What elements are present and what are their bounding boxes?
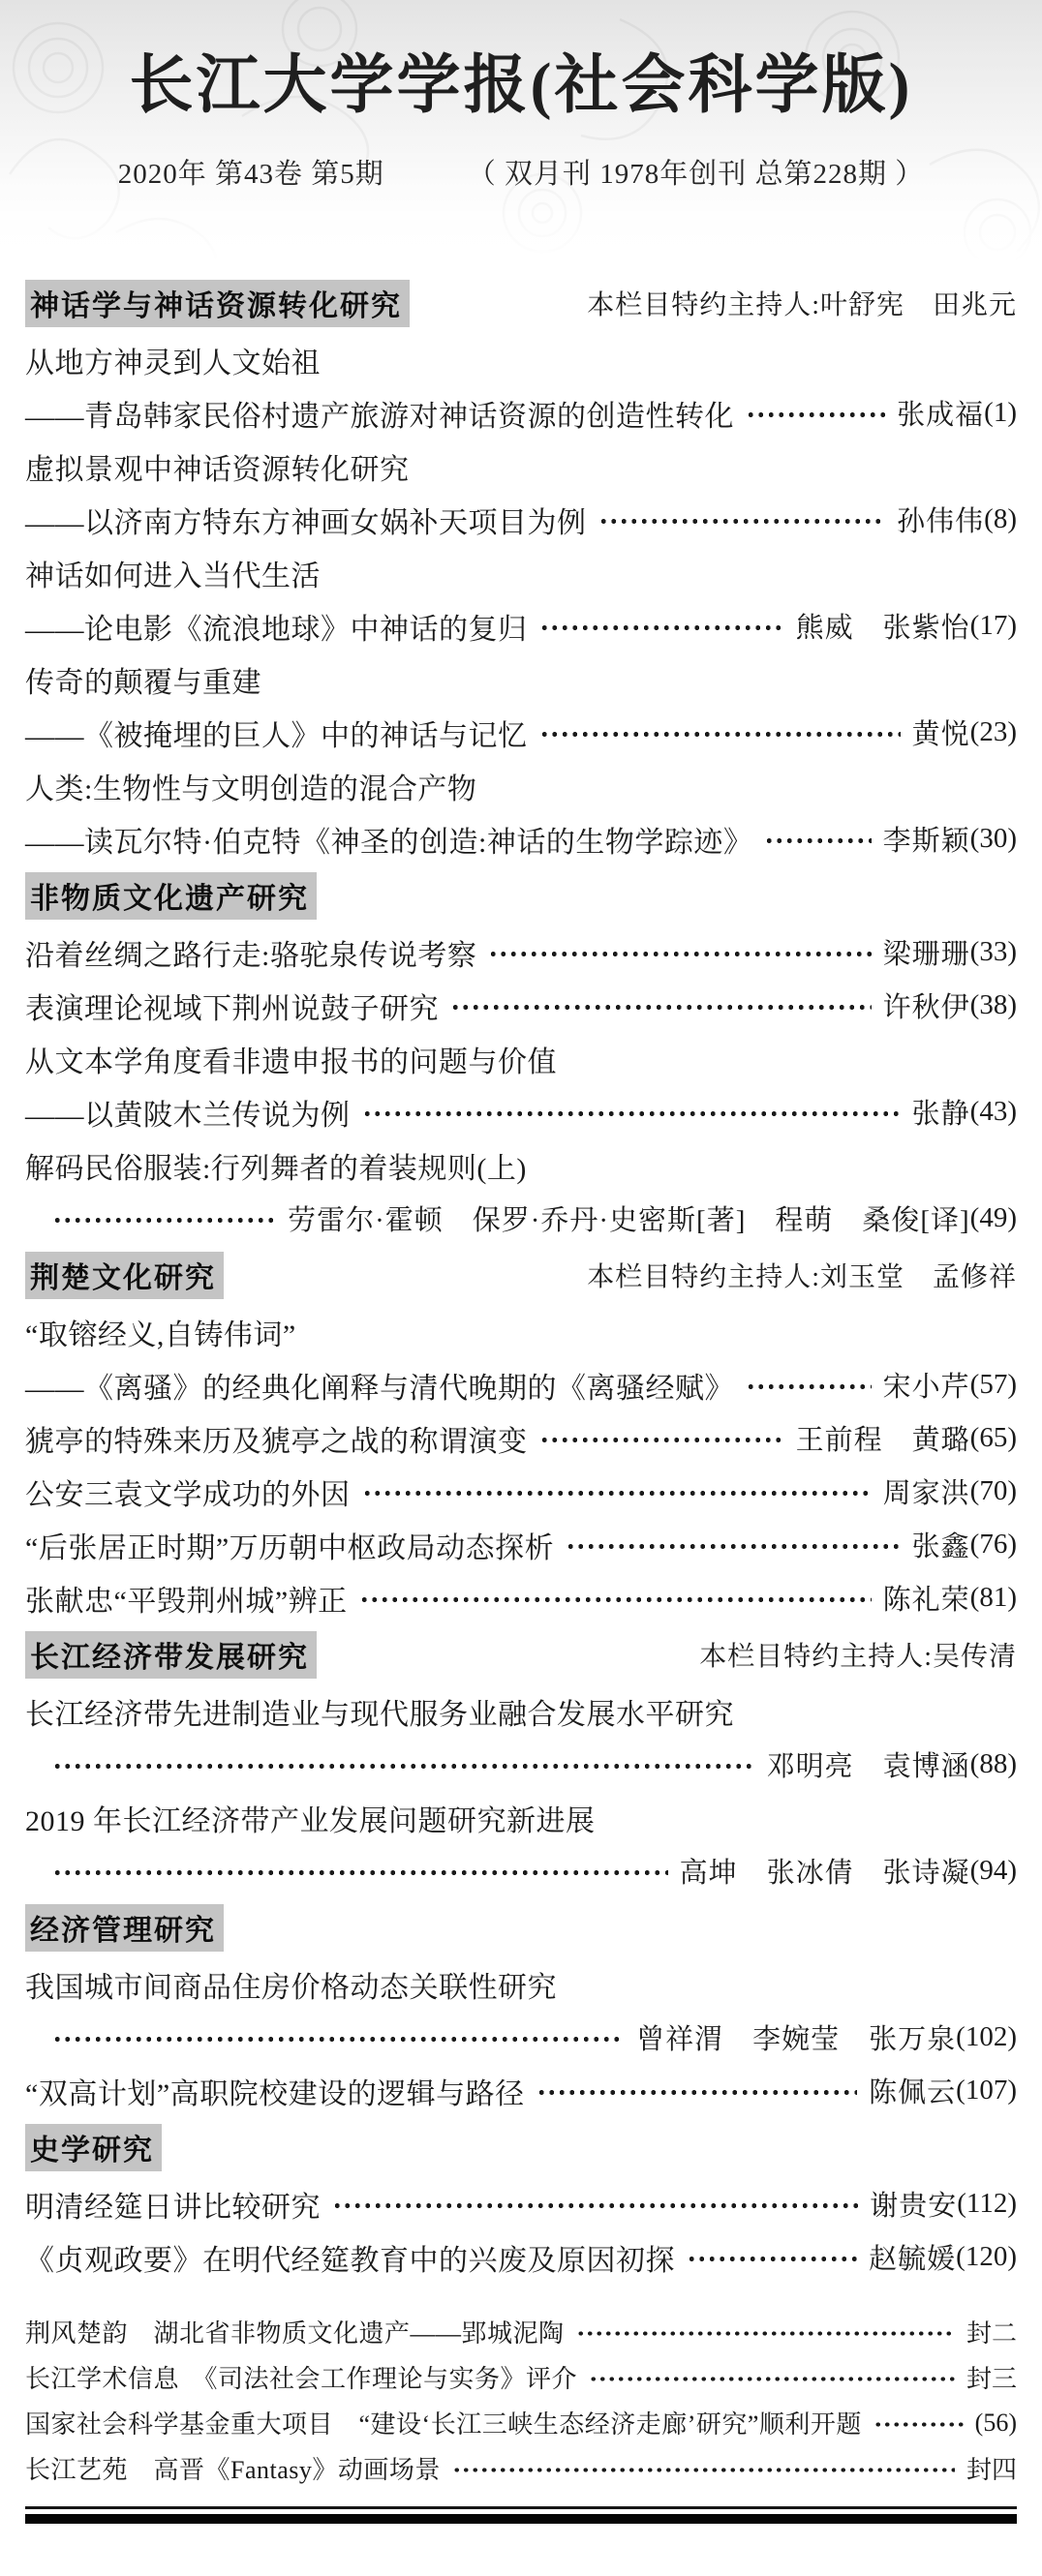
entry-authors: 梁珊珊 [883,932,970,972]
entry-line: ——论电影《流浪地球》中神话的复归熊威 张紫怡(17) [25,599,1017,652]
entry-line: 长江经济带先进制造业与现代服务业融合发展水平研究 [25,1684,1017,1738]
entry-title: “双高计划”高职院校建设的逻辑与路径 [25,2070,525,2112]
entry-line: ——以黄陂木兰传说为例张静(43) [25,1085,1017,1138]
entry-line: 表演理论视域下荆州说鼓子研究许秋伊(38) [25,979,1017,1032]
entry-line: “双高计划”高职院校建设的逻辑与路径陈佩云(107) [25,2064,1017,2117]
section-host: 本栏目特约主持人:叶舒宪 田兆元 [587,284,1017,322]
entry-title: 沿着丝绸之路行走:骆驼泉传说考察 [25,931,476,974]
entry-page: (56) [975,2409,1017,2438]
dot-leader [359,1596,872,1603]
entry-page: (1) [984,397,1017,429]
entry-title: ——读瓦尔特·伯克特《神圣的创造:神话的生物学踪迹》 [25,818,752,861]
entry-line: 从文本学角度看非遗申报书的问题与价值 [25,1032,1017,1085]
dot-leader [746,1383,872,1390]
footer-item-title: 国家社会科学基金重大项目 “建设‘长江三峡生态经济走廊’研究”顺利开题 [25,2405,862,2440]
toc-entry: 张献忠“平毁荆州城”辨正陈礼荣(81) [25,1571,1017,1624]
entry-title: 传奇的颠覆与重建 [25,658,261,701]
section-title: 非物质文化遗产研究 [25,872,317,920]
toc-entry: 解码民俗服装:行列舞者的着装规则(上)劳雷尔·霍顿 保罗·乔丹·史密斯[著] 程… [25,1138,1017,1245]
entry-title: 张献忠“平毁荆州城”辨正 [25,1577,348,1620]
entry-page: (8) [984,503,1017,535]
entry-line: 邓明亮 袁博涵(88) [25,1738,1017,1791]
toc-entry: “双高计划”高职院校建设的逻辑与路径陈佩云(107) [25,2064,1017,2117]
footer-item: 长江学术信息 《司法社会工作理论与实务》评介封三 [25,2354,1017,2400]
dot-leader [52,1763,755,1770]
section-header-row: 长江经济带发展研究本栏目特约主持人:吴传清 [25,1624,1017,1684]
entry-title: ——《离骚》的经典化阐释与清代晚期的《离骚经赋》 [25,1364,734,1407]
entry-line: 传奇的颠覆与重建 [25,652,1017,706]
entry-title: “后张居正时期”万历朝中枢政局动态探析 [25,1524,554,1566]
entry-authors: 熊威 张紫怡 [796,606,970,646]
dot-leader [52,1217,276,1224]
entry-line: 沿着丝绸之路行走:骆驼泉传说考察梁珊珊(33) [25,925,1017,979]
entry-title: ——以济南方特东方神画女娲补天项目为例 [25,499,587,541]
entry-authors: 周家洪 [883,1471,970,1511]
entry-page: (23) [970,716,1017,748]
toc-entry: 表演理论视域下荆州说鼓子研究许秋伊(38) [25,979,1017,1032]
masthead: 长江大学学报(社会科学版) 2020年 第43卷 第5期 （ 双月刊 1978年… [0,0,1042,273]
section-header-row: 神话学与神话资源转化研究本栏目特约主持人:叶舒宪 田兆元 [25,273,1017,333]
entry-page: (70) [970,1475,1017,1507]
toc-section: 非物质文化遗产研究沿着丝绸之路行走:骆驼泉传说考察梁珊珊(33)表演理论视域下荆… [25,865,1017,1245]
footer-item: 国家社会科学基金重大项目 “建设‘长江三峡生态经济走廊’研究”顺利开题(56) [25,2400,1017,2445]
entry-title: 虚拟景观中神话资源转化研究 [25,445,410,488]
entry-title: 猇亭的特殊来历及猇亭之战的称谓演变 [25,1417,528,1460]
publication-info: （ 双月刊 1978年创刊 总第228期 ） [468,152,925,192]
entry-authors: 李斯颖 [883,819,970,859]
entry-title: 表演理论视域下荆州说鼓子研究 [25,985,439,1027]
entry-title: 解码民俗服装:行列舞者的着装规则(上) [25,1144,527,1187]
dot-leader [598,518,886,525]
dot-leader [452,2467,955,2473]
entry-authors: 王前程 黄璐 [796,1418,970,1458]
entry-page: 封二 [966,2314,1017,2349]
entry-line: 曾祥渭 李婉莹 张万泉(102) [25,2011,1017,2064]
entry-page: (57) [970,1369,1017,1401]
dot-leader [332,2202,858,2209]
toc-entry: 我国城市间商品住房价格动态关联性研究曾祥渭 李婉莹 张万泉(102) [25,1957,1017,2064]
entry-title: 神话如何进入当代生活 [25,552,321,594]
entry-page: (112) [957,2188,1017,2220]
toc-entry: 从文本学角度看非遗申报书的问题与价值——以黄陂木兰传说为例张静(43) [25,1032,1017,1138]
entry-title: ——论电影《流浪地球》中神话的复归 [25,605,528,648]
toc-entry: 明清经筵日讲比较研究谢贵安(112) [25,2177,1017,2230]
toc-entry: 2019 年长江经济带产业发展问题研究新进展高坤 张冰倩 张诗凝(94) [25,1791,1017,1897]
section-title: 长江经济带发展研究 [25,1631,317,1679]
dot-leader [536,2089,858,2096]
entry-title: 从地方神灵到人文始祖 [25,339,321,381]
dot-leader [52,1869,668,1876]
entry-line: “后张居正时期”万历朝中枢政局动态探析张鑫(76) [25,1518,1017,1571]
entry-page: (88) [970,1748,1017,1780]
dot-leader [539,624,784,631]
toc-section: 长江经济带发展研究本栏目特约主持人:吴传清长江经济带先进制造业与现代服务业融合发… [25,1624,1017,1897]
entry-title: ——《被掩埋的巨人》中的神话与记忆 [25,712,528,754]
entry-title: 明清经筵日讲比较研究 [25,2183,321,2226]
section-title: 荆楚文化研究 [25,1252,224,1299]
entry-line: 猇亭的特殊来历及猇亭之战的称谓演变王前程 黄璐(65) [25,1411,1017,1465]
section-title: 经济管理研究 [25,1904,224,1952]
entry-page: (30) [970,823,1017,855]
toc-entry: 长江经济带先进制造业与现代服务业融合发展水平研究邓明亮 袁博涵(88) [25,1684,1017,1791]
entry-title: “取镕经义,自铸伟词” [25,1311,296,1353]
bottom-rule-thin [25,2506,1017,2509]
entry-page: 封三 [966,2359,1017,2395]
dot-leader [566,1543,901,1550]
entry-line: ——读瓦尔特·伯克特《神圣的创造:神话的生物学踪迹》李斯颖(30) [25,812,1017,865]
entry-line: 我国城市间商品住房价格动态关联性研究 [25,1957,1017,2011]
entry-authors: 邓明亮 袁博涵 [767,1744,970,1784]
dot-leader [52,2036,625,2043]
entry-line: 虚拟景观中神话资源转化研究 [25,439,1017,493]
toc-entry: “后张居正时期”万历朝中枢政局动态探析张鑫(76) [25,1518,1017,1571]
entry-line: “取镕经义,自铸伟词” [25,1305,1017,1358]
journal-title: 长江大学学报(社会科学版) [0,33,1042,125]
toc-entry: 沿着丝绸之路行走:骆驼泉传说考察梁珊珊(33) [25,925,1017,979]
section-header-row: 非物质文化遗产研究 [25,865,1017,925]
dot-leader [539,731,901,738]
dot-leader [450,1004,872,1011]
entry-title: 《贞观政要》在明代经筵教育中的兴废及原因初探 [25,2236,675,2279]
entry-page: (102) [956,2021,1017,2053]
entry-line: ——《被掩埋的巨人》中的神话与记忆黄悦(23) [25,706,1017,759]
toc-entry: 从地方神灵到人文始祖——青岛韩家民俗村遗产旅游对神话资源的创造性转化张成福(1) [25,333,1017,439]
dot-leader [539,1437,784,1443]
entry-authors: 张静 [912,1092,970,1132]
entry-line: 解码民俗服装:行列舞者的着装规则(上) [25,1138,1017,1192]
footer-item-title: 长江艺苑 高晋《Fantasy》动画场景 [25,2450,441,2486]
toc-entry: 传奇的颠覆与重建——《被掩埋的巨人》中的神话与记忆黄悦(23) [25,652,1017,759]
dot-leader [362,1490,872,1497]
entry-authors: 陈佩云 [869,2071,956,2110]
entry-authors: 张鑫 [912,1525,970,1564]
dot-leader [589,2376,955,2382]
entry-authors: 赵毓媛 [869,2237,956,2277]
toc-section: 荆楚文化研究本栏目特约主持人:刘玉堂 孟修祥“取镕经义,自铸伟词”——《离骚》的… [25,1245,1017,1624]
dot-leader [746,411,885,418]
footer-item: 荆风楚韵 湖北省非物质文化遗产——郢城泥陶封二 [25,2309,1017,2354]
section-header-row: 经济管理研究 [25,1897,1017,1957]
entry-line: 高坤 张冰倩 张诗凝(94) [25,1844,1017,1897]
toc-section: 史学研究明清经筵日讲比较研究谢贵安(112)《贞观政要》在明代经筵教育中的兴废及… [25,2117,1017,2284]
dot-leader [687,2256,857,2262]
entry-authors: 劳雷尔·霍顿 保罗·乔丹·史密斯[著] 程萌 桑俊[译] [288,1198,970,1238]
toc-list: 神话学与神话资源转化研究本栏目特约主持人:叶舒宪 田兆元从地方神灵到人文始祖——… [25,273,1017,2284]
bottom-rule-thick [25,2514,1017,2524]
entry-title: 2019 年长江经济带产业发展问题研究新进展 [25,1797,596,1839]
section-host: 本栏目特约主持人:吴传清 [699,1635,1017,1674]
entry-line: ——青岛韩家民俗村遗产旅游对神话资源的创造性转化张成福(1) [25,386,1017,439]
entry-authors: 孙伟伟 [897,500,984,539]
entry-line: 《贞观政要》在明代经筵教育中的兴废及原因初探赵毓媛(120) [25,2230,1017,2284]
toc-entry: 公安三袁文学成功的外因周家洪(70) [25,1465,1017,1518]
entry-page: (120) [956,2241,1017,2273]
entry-page: 封四 [966,2450,1017,2486]
toc-section: 经济管理研究我国城市间商品住房价格动态关联性研究曾祥渭 李婉莹 张万泉(102)… [25,1897,1017,2117]
section-title: 史学研究 [25,2124,162,2171]
entry-line: ——以济南方特东方神画女娲补天项目为例孙伟伟(8) [25,493,1017,546]
entry-line: ——《离骚》的经典化阐释与清代晚期的《离骚经赋》宋小芹(57) [25,1358,1017,1411]
entry-authors: 曾祥渭 李婉莹 张万泉 [636,2017,956,2057]
toc: 神话学与神话资源转化研究本栏目特约主持人:叶舒宪 田兆元从地方神灵到人文始祖——… [0,273,1042,2524]
dot-leader [576,2330,955,2337]
masthead-subtitle: 2020年 第43卷 第5期 （ 双月刊 1978年创刊 总第228期 ） [0,152,1042,192]
entry-line: 2019 年长江经济带产业发展问题研究新进展 [25,1791,1017,1844]
entry-page: (17) [970,610,1017,642]
dot-leader [488,951,871,957]
entry-line: 张献忠“平毁荆州城”辨正陈礼荣(81) [25,1571,1017,1624]
entry-page: (81) [970,1582,1017,1614]
footer-item-title: 长江学术信息 《司法社会工作理论与实务》评介 [25,2359,577,2395]
entry-title: 从文本学角度看非遗申报书的问题与价值 [25,1038,557,1080]
entry-authors: 陈礼荣 [883,1578,970,1618]
entry-title: 长江经济带先进制造业与现代服务业融合发展水平研究 [25,1690,734,1733]
entry-title: ——青岛韩家民俗村遗产旅游对神话资源的创造性转化 [25,392,734,435]
toc-section: 神话学与神话资源转化研究本栏目特约主持人:叶舒宪 田兆元从地方神灵到人文始祖——… [25,273,1017,865]
section-header-row: 史学研究 [25,2117,1017,2177]
footer-list: 荆风楚韵 湖北省非物质文化遗产——郢城泥陶封二长江学术信息 《司法社会工作理论与… [25,2309,1017,2491]
entry-page: (107) [956,2075,1017,2106]
section-header-row: 荆楚文化研究本栏目特约主持人:刘玉堂 孟修祥 [25,1245,1017,1305]
dot-leader [873,2421,964,2428]
entry-line: 公安三袁文学成功的外因周家洪(70) [25,1465,1017,1518]
entry-line: 神话如何进入当代生活 [25,546,1017,599]
entry-page: (33) [970,936,1017,968]
footer-item: 长江艺苑 高晋《Fantasy》动画场景封四 [25,2445,1017,2491]
entry-title: ——以黄陂木兰传说为例 [25,1091,351,1134]
entry-title: 人类:生物性与文明创造的混合产物 [25,765,476,807]
toc-entry: 《贞观政要》在明代经筵教育中的兴废及原因初探赵毓媛(120) [25,2230,1017,2284]
entry-authors: 谢贵安 [870,2184,957,2224]
entry-page: (49) [970,1202,1017,1234]
dot-leader [764,837,871,844]
toc-entry: 虚拟景观中神话资源转化研究——以济南方特东方神画女娲补天项目为例孙伟伟(8) [25,439,1017,546]
issue-info: 2020年 第43卷 第5期 [118,152,384,192]
entry-authors: 许秋伊 [883,985,970,1025]
section-title: 神话学与神话资源转化研究 [25,280,410,327]
entry-page: (94) [970,1855,1017,1887]
section-host: 本栏目特约主持人:刘玉堂 孟修祥 [587,1256,1017,1294]
entry-page: (43) [970,1096,1017,1128]
entry-title: 我国城市间商品住房价格动态关联性研究 [25,1963,557,2006]
entry-page: (38) [970,989,1017,1021]
entry-title: 公安三袁文学成功的外因 [25,1470,351,1513]
entry-authors: 宋小芹 [883,1365,970,1405]
toc-entry: “取镕经义,自铸伟词”——《离骚》的经典化阐释与清代晚期的《离骚经赋》宋小芹(5… [25,1305,1017,1411]
toc-entry: 猇亭的特殊来历及猇亭之战的称谓演变王前程 黄璐(65) [25,1411,1017,1465]
entry-line: 明清经筵日讲比较研究谢贵安(112) [25,2177,1017,2230]
entry-line: 劳雷尔·霍顿 保罗·乔丹·史密斯[著] 程萌 桑俊[译](49) [25,1192,1017,1245]
entry-line: 人类:生物性与文明创造的混合产物 [25,759,1017,812]
toc-entry: 人类:生物性与文明创造的混合产物——读瓦尔特·伯克特《神圣的创造:神话的生物学踪… [25,759,1017,865]
entry-authors: 张成福 [897,393,984,433]
footer-item-title: 荆风楚韵 湖北省非物质文化遗产——郢城泥陶 [25,2314,565,2349]
toc-entry: 神话如何进入当代生活——论电影《流浪地球》中神话的复归熊威 张紫怡(17) [25,546,1017,652]
entry-authors: 黄悦 [912,712,970,752]
entry-authors: 高坤 张冰倩 张诗凝 [680,1851,970,1891]
entry-line: 从地方神灵到人文始祖 [25,333,1017,386]
entry-page: (76) [970,1529,1017,1561]
entry-page: (65) [970,1422,1017,1454]
dot-leader [362,1110,901,1117]
